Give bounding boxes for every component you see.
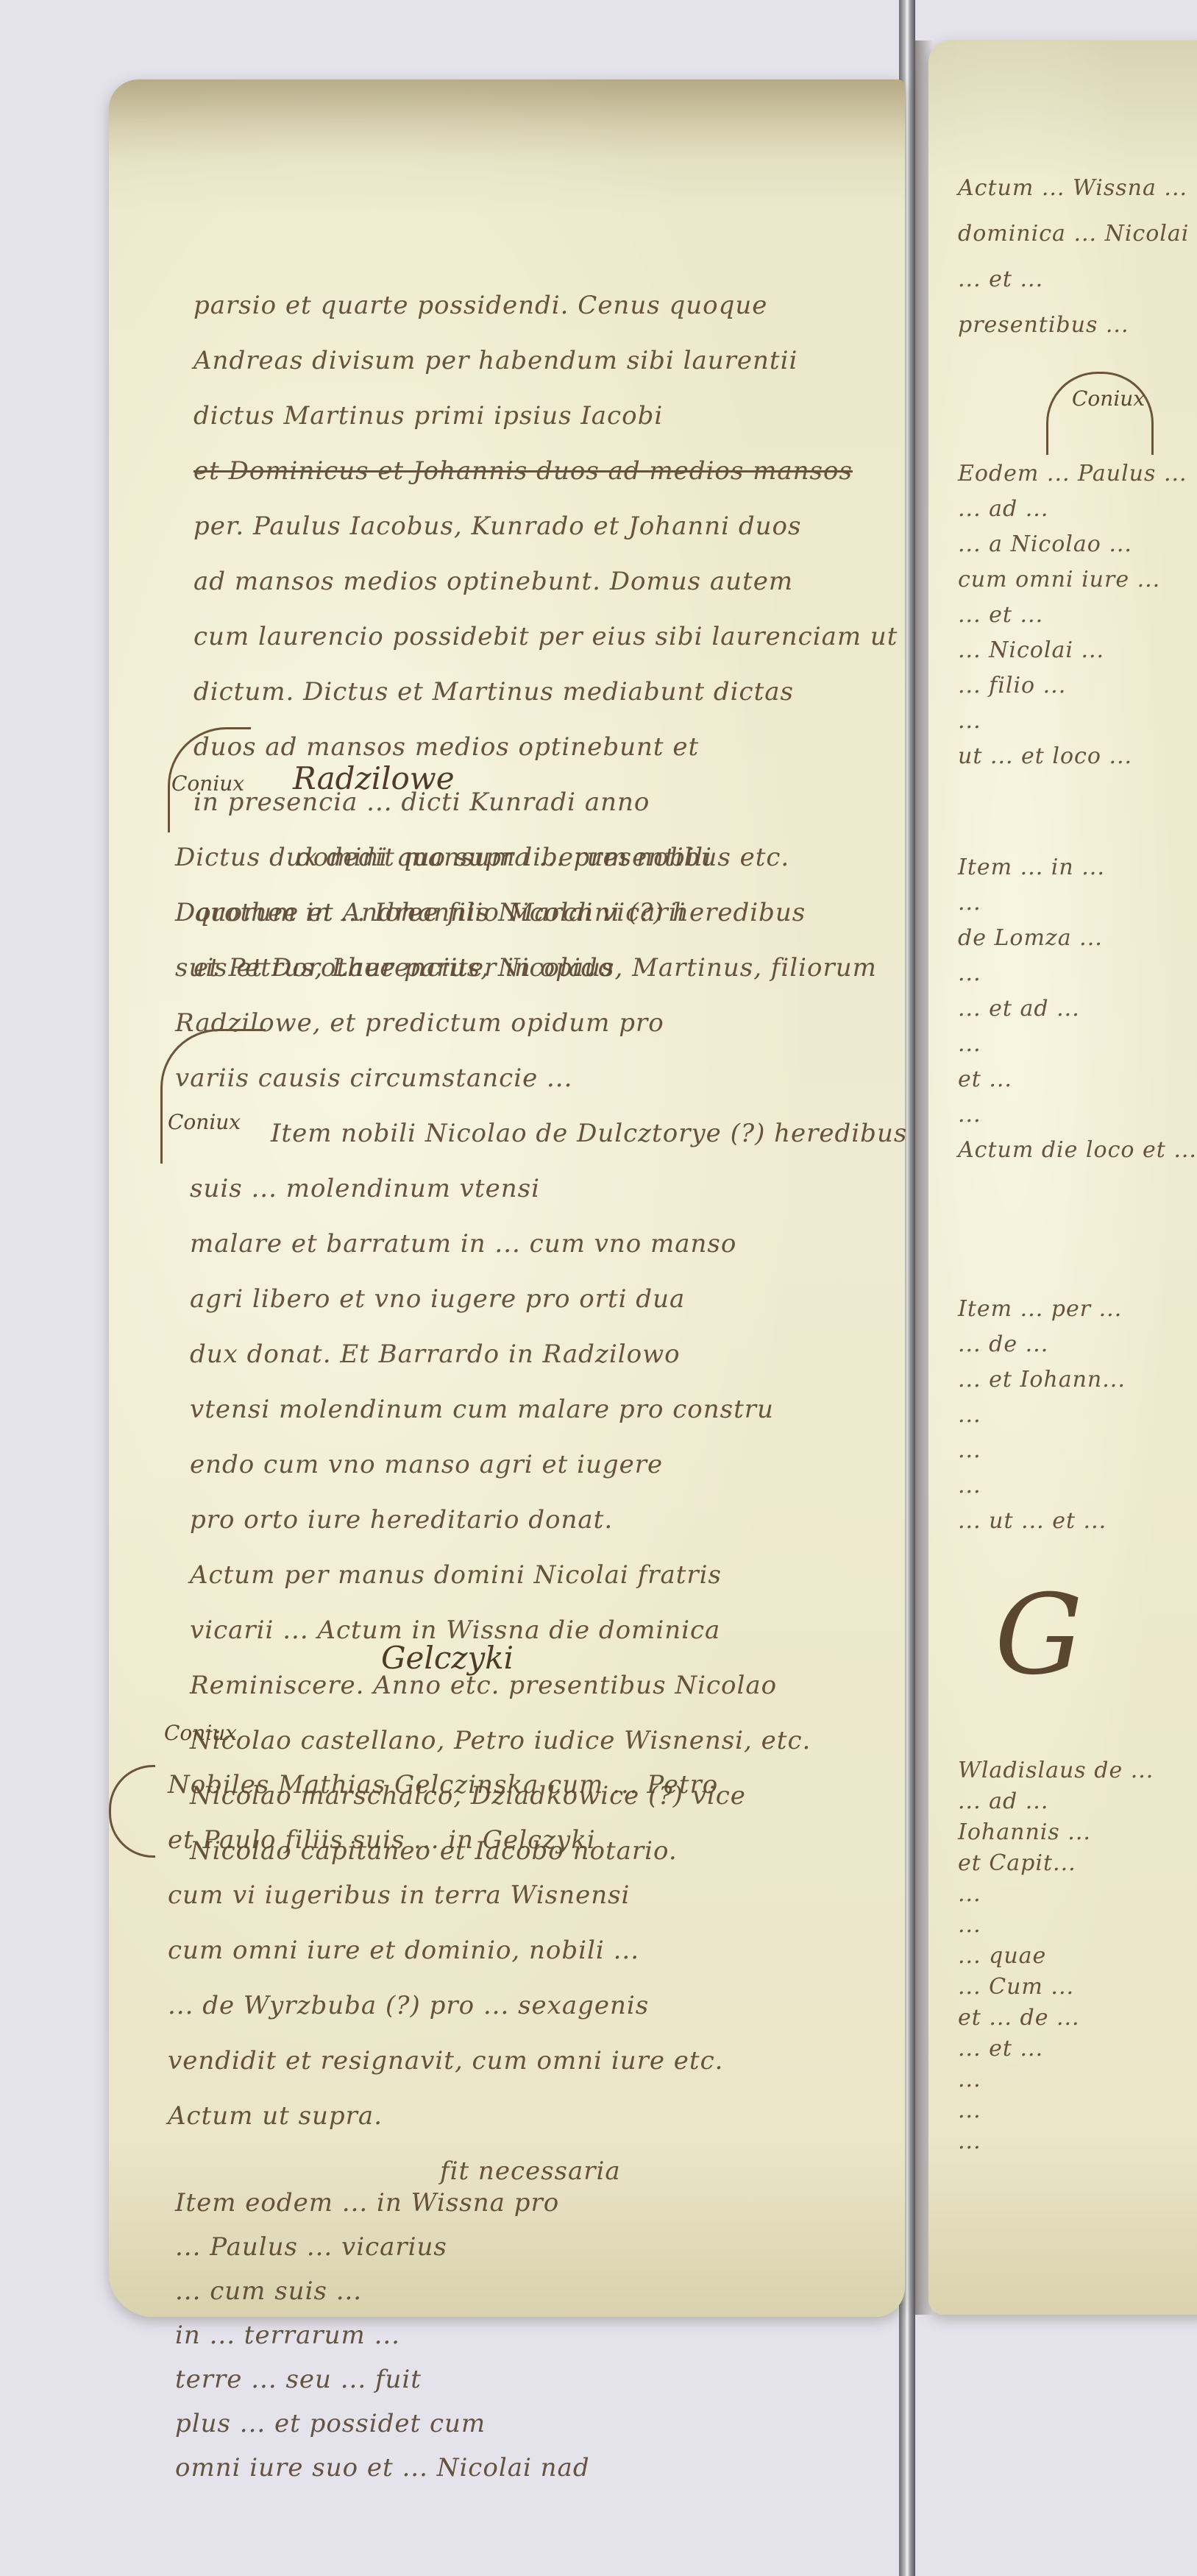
text-line: Iohannis ... [958,1817,1154,1848]
text-line: ... [958,956,1197,991]
text-line: dux donat. Et Barrardo in Radzilowo [190,1327,907,1382]
text-line: ... et ... [958,598,1187,633]
text-line: ... de Wyrzbuba (?) pro ... sexagenis [168,1978,723,2034]
text-line: et ... de ... [958,2003,1154,2034]
text-line: ad mansos medios optinebunt. Domus autem [193,554,898,609]
text-line: vendidit et resignavit, cum omni iure et… [168,2034,723,2089]
text-line: ... Paulus ... vicarius [175,2225,590,2269]
text-line: suis ... molendinum vtensi [190,1161,907,1217]
text-line: terre ... seu ... fuit [175,2357,590,2402]
text-line: cum vi iugeribus in terra Wisnensi [168,1868,723,1923]
text-line: cum omni iure ... [958,562,1187,598]
text-line: dominica ... Nicolai ... [958,211,1197,257]
text-line: ... [958,1910,1154,1941]
text-line: ... et ... [958,257,1197,302]
left-manuscript-leaf: parsio et quarte possidendi. Cenus quoqu… [109,79,905,2317]
text-line: ... [958,1879,1154,1910]
text-line: ... ad ... [958,492,1187,527]
text-line: ... a Nicolao ... [958,527,1187,562]
right-manuscript-leaf: Actum ... Wissna ... dominica ... Nicola… [928,40,1197,2315]
right-entry-3: Item ... per ... ... de ... ... et Iohan… [958,1292,1126,1539]
text-line: Andreas divisum per habendum sibi lauren… [193,333,898,389]
text-line: Wladislaus de ... [958,1755,1154,1786]
text-line: pro orto iure hereditario donat. [190,1493,907,1548]
right-entry-top: Actum ... Wissna ... dominica ... Nicola… [958,166,1197,348]
entry-4: Nobiles Mathias Gelczinska cum ... Petro… [168,1758,723,2199]
text-line: Item ... in ... [958,850,1197,885]
text-line: vicarii ... Actum in Wissna die dominica [190,1603,907,1658]
text-line: ... [958,704,1187,739]
text-line: ... et ... [958,2034,1154,2064]
text-line: Radzilowe, et predictum opidum pro [175,996,806,1051]
text-line: Actum ... Wissna ... [958,166,1197,211]
text-line: ... quae [958,1941,1154,1972]
text-line: ... [958,2126,1154,2157]
right-entry-1: Eodem ... Paulus ... ... ad ... ... a Ni… [958,456,1187,774]
text-line: Nobiles Mathias Gelczinska cum ... Petro [168,1758,723,1813]
text-line: ... filio ... [958,668,1187,704]
text-line: Actum ut supra. [168,2089,723,2144]
text-line: ... [958,885,1197,921]
text-line: ... Cum ... [958,1972,1154,2003]
text-line: Actum die loco et ... [958,1133,1197,1168]
text-line: dictum. Dictus et Martinus mediabunt dic… [193,665,898,720]
text-line: cum laurencio possidebit per eius sibi l… [193,609,898,665]
section-heading: Gelczyki [381,1640,514,1676]
text-line: vtensi molendinum cum malare pro constru [190,1382,907,1437]
text-line: ... Nicolai ... [958,633,1187,668]
text-line: suis et Dorothee pariter in opido [175,941,806,996]
text-line: et Paulo filiis suis ... in Gelczyki [168,1813,723,1868]
text-line: ... ad ... [958,1786,1154,1817]
right-entry-4: Wladislaus de ... ... ad ... Iohannis ..… [958,1755,1154,2157]
text-line: variis causis circumstancie ... [175,1051,806,1106]
text-line: plus ... et possidet cum [175,2402,590,2446]
text-line: ... [958,1097,1197,1133]
text-line: endo cum vno manso agri et iugere [190,1437,907,1493]
text-line: Eodem ... Paulus ... [958,456,1187,492]
text-line: omni iure suo et ... Nicolai nad [175,2446,590,2490]
text-line: de Lomza ... [958,921,1197,956]
text-line: ... cum suis ... [175,2269,590,2313]
text-line: agri libero et vno iugere pro orti dua [190,1272,907,1327]
text-line: ... [958,1468,1126,1504]
right-entry-2: Item ... in ... ... de Lomza ... ... ...… [958,850,1197,1168]
text-line: et ... [958,1062,1197,1097]
text-line: ... [958,1398,1126,1433]
text-line: presentibus ... [958,302,1197,348]
text-line: et Capit... [958,1848,1154,1879]
text-line: ... et Iohann... [958,1362,1126,1398]
text-line: ... [958,2064,1154,2095]
section-heading: Radzilowe [293,760,455,796]
struck-text-line: et Dominicus et Johannis duos ad medios … [193,444,898,499]
entry-5: Item eodem ... in Wissna pro ... Paulus … [175,2181,590,2490]
text-line: Actum per manus domini Nicolai fratris [190,1548,907,1603]
text-line: in ... terrarum ... [175,2313,590,2357]
text-line: ... [958,1027,1197,1062]
text-line: Dictus dux dedit mansum liberum nobili [175,830,806,885]
text-line: per. Paulus Iacobus, Kunrado et Johanni … [193,499,898,554]
text-line: parsio et quarte possidendi. Cenus quoqu… [193,278,898,333]
text-line: ... [958,2095,1154,2126]
text-line: Item eodem ... in Wissna pro [175,2181,590,2225]
text-line: Item nobili Nicolao de Dulcztorye (?) he… [190,1106,907,1161]
text-line: ... et ad ... [958,991,1197,1027]
text-line: dictus Martinus primi ipsius Iacobi [193,389,898,444]
text-line: ut ... et loco ... [958,739,1187,774]
text-line: cum omni iure et dominio, nobili ... [168,1923,723,1978]
margin-bracket [109,1765,155,1858]
entry-2: Dictus dux dedit mansum liberum nobili D… [175,830,806,1106]
text-line: malare et barratum in ... cum vno manso [190,1217,907,1272]
decorated-initial: G [995,1571,1083,1699]
margin-note: Coniux [1072,386,1145,411]
text-line: ... [958,1433,1126,1468]
margin-note: Coniux [171,771,244,796]
text-line: ... ut ... et ... [958,1504,1126,1539]
text-line: Dorothee et Andree filio Marchni (?) her… [175,885,806,941]
margin-note: Coniux [164,1721,237,1745]
text-line: Reminiscere. Anno etc. presentibus Nicol… [190,1658,907,1713]
margin-bracket [1046,372,1154,455]
text-line: Item ... per ... [958,1292,1126,1327]
text-line: ... de ... [958,1327,1126,1362]
